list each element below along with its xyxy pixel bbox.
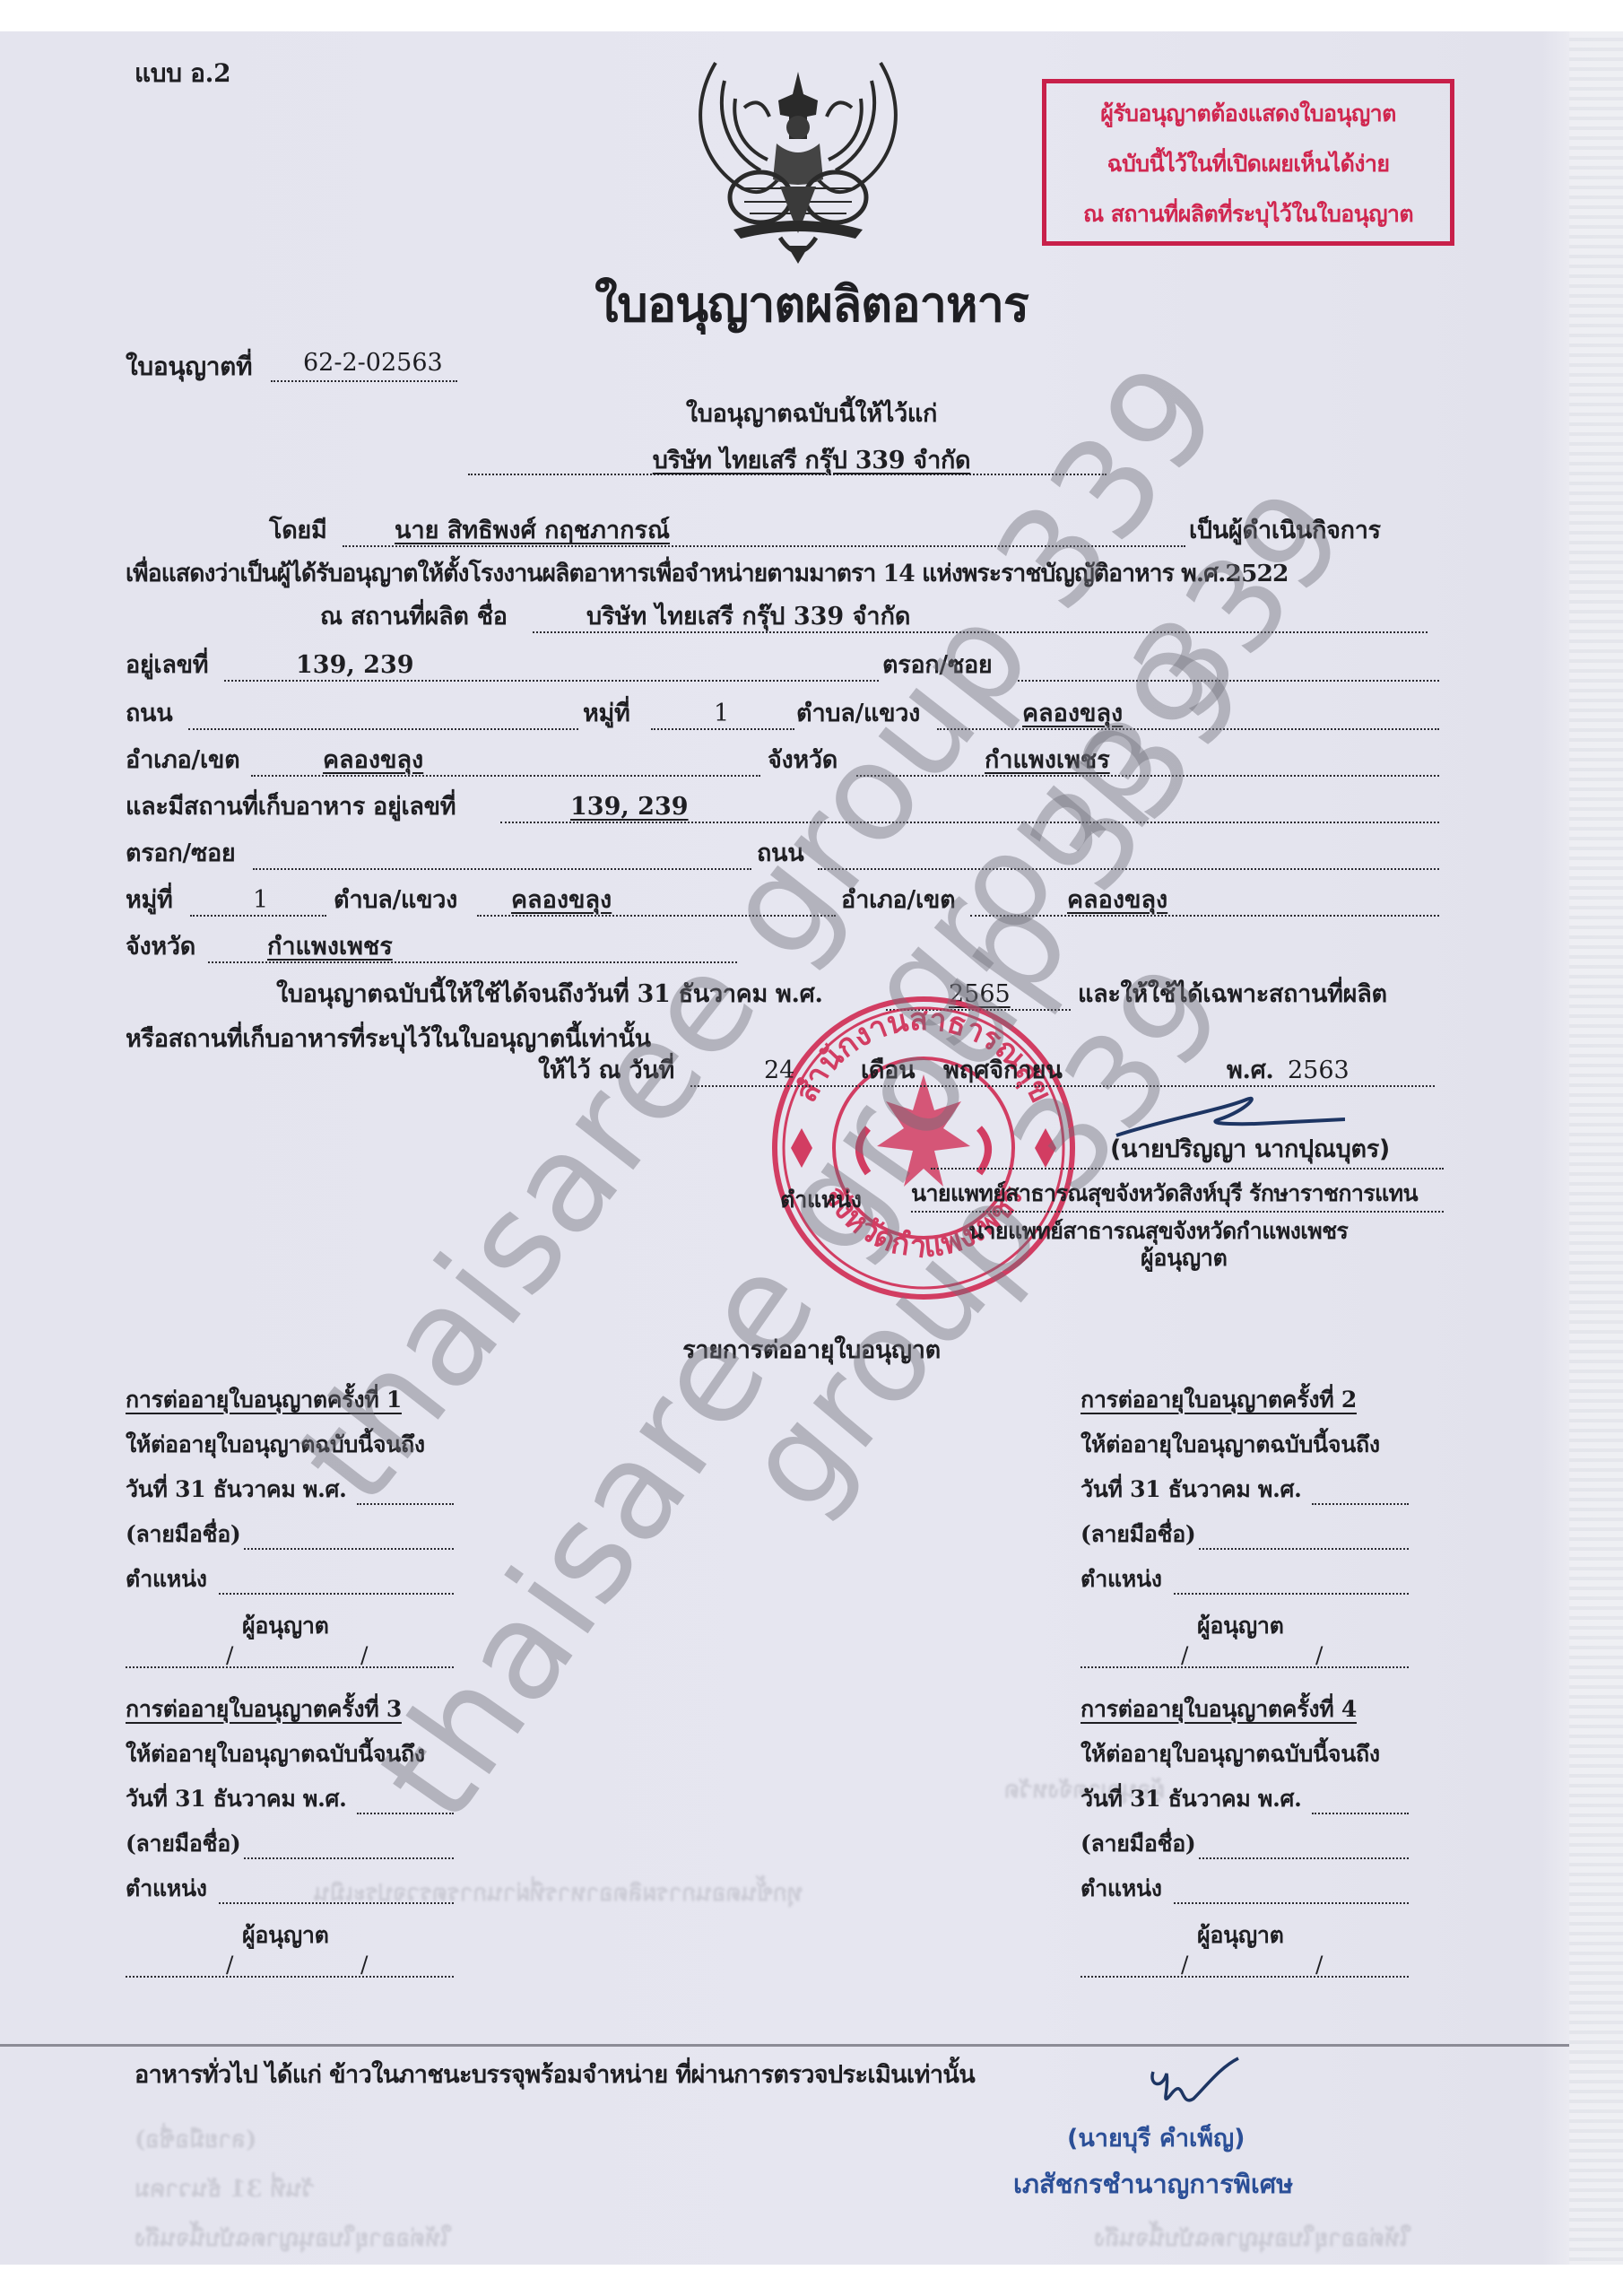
notice-line: ผู้รับอนุญาตต้องแสดงใบอนุญาต	[1046, 89, 1450, 139]
renewal-date-slash: /	[1315, 1644, 1323, 1666]
renewal-year-line	[1312, 1503, 1409, 1505]
issue-year-label: พ.ศ.	[1227, 1058, 1274, 1083]
license-number: 62-2-02563	[303, 351, 443, 375]
operator-name: นาย สิทธิพงศ์ กฤชภากรณ์	[395, 518, 670, 543]
renewal-date-slash: /	[360, 1953, 368, 1976]
renewal-position-line	[219, 1902, 454, 1904]
storage-subdistrict: คลองขลุง	[511, 888, 612, 912]
form-code: แบบ อ.2	[135, 61, 230, 86]
operator-label: โดยมี	[269, 518, 326, 543]
road-label: ถนน	[126, 701, 172, 726]
renewal-date-line	[126, 1976, 454, 1978]
renewal-date-slash: /	[360, 1644, 368, 1666]
site-label: ณ สถานที่ผลิต ชื่อ	[320, 604, 508, 629]
storage-province: กำแพงเพชร	[267, 935, 393, 959]
storage-label: และมีสถานที่เก็บอาหาร อยู่เลขที่	[126, 795, 456, 819]
issued-to-label: ใบอนุญาตฉบับนี้ให้ไว้แก่	[0, 402, 1623, 426]
renewal-date-label: วันที่ 31 ธันวาคม พ.ศ.	[126, 1787, 347, 1810]
storage-province-label: จังหวัด	[126, 935, 195, 959]
footer-separator	[0, 2044, 1569, 2047]
renewal-sign-line	[244, 1857, 454, 1859]
garuda-emblem-icon	[680, 54, 916, 265]
renewal-title: การต่ออายุใบอนุญาตครั้งที่ 2	[1081, 1388, 1357, 1411]
company-name: บริษัท ไทยเสรี กรุ๊ป 339 จำกัด	[0, 448, 1623, 473]
renewal-sign-label: (ลายมือชื่อ)	[1081, 1523, 1195, 1545]
storage-moo-label: หมู่ที่	[126, 888, 173, 912]
renewal-extend-text: ให้ต่ออายุใบอนุญาตฉบับนี้จนถึง	[1081, 1433, 1380, 1456]
renewal-sign-label: (ลายมือชื่อ)	[1081, 1832, 1195, 1855]
moo-label: หมู่ที่	[583, 701, 630, 726]
storage-alley-label: ตรอก/ซอย	[126, 841, 235, 865]
renewal-extend-text: ให้ต่ออายุใบอนุญาตฉบับนี้จนถึง	[1081, 1743, 1380, 1765]
district-label: อำเภอ/เขต	[126, 748, 239, 772]
bleed-through-text: ทุกขั้นตอนการผลิตอาหารที่ผ่านการตรวจประเ…	[314, 1874, 803, 1911]
storage-subdistrict-label: ตำบล/แขวง	[334, 888, 457, 912]
renewal-date-slash: /	[1181, 1644, 1188, 1666]
renewal-role: ผู้อนุญาต	[242, 1614, 329, 1637]
renewal-sign-line	[244, 1548, 454, 1550]
license-number-line	[271, 380, 457, 382]
house-no-label: อยู่เลขที่	[126, 653, 208, 677]
site-name: บริษัท ไทยเสรี กรุ๊ป 339 จำกัด	[586, 604, 910, 629]
house-no: 139, 239	[296, 653, 414, 677]
issue-day: 24	[764, 1058, 794, 1083]
bleed-through-text: (ลายมือชื่อ)	[135, 2121, 256, 2158]
bleed-through-text: ให้ต่ออายุใบอนุญาตฉบับนี้จนถึง	[135, 2220, 452, 2257]
bleed-through-text: วันที่ 31 ธันวาคม	[135, 2170, 315, 2207]
renewal-sign-line	[1199, 1857, 1409, 1859]
renewal-date-label: วันที่ 31 ธันวาคม พ.ศ.	[1081, 1787, 1302, 1810]
district-line	[251, 775, 760, 777]
certifier-signature-icon	[1144, 2054, 1243, 2121]
storage-moo-line	[190, 915, 326, 917]
renewal-year-line	[1312, 1813, 1409, 1814]
renewal-position-line	[1174, 1593, 1409, 1595]
certifier-title: เภสัชกรชำนาญการพิเศษ	[1013, 2163, 1293, 2205]
renewal-date-line	[126, 1666, 454, 1668]
house-no-line	[224, 680, 879, 682]
renewal-date-label: วันที่ 31 ธันวาคม พ.ศ.	[126, 1478, 347, 1500]
renewal-position-label: ตำแหน่ง	[126, 1568, 207, 1590]
renewal-role: ผู้อนุญาต	[1197, 1924, 1284, 1946]
renewal-date-line	[1081, 1976, 1409, 1978]
renewal-date-slash: /	[1181, 1953, 1188, 1976]
renewal-date-label: วันที่ 31 ธันวาคม พ.ศ.	[1081, 1478, 1302, 1500]
certifier-name: (นายบุรี คำเพ็ญ)	[1067, 2118, 1245, 2157]
issue-year: 2563	[1288, 1058, 1350, 1083]
renewal-role: ผู้อนุญาต	[242, 1924, 329, 1946]
renewal-position-label: ตำแหน่ง	[1081, 1568, 1162, 1590]
scan-edge	[1569, 31, 1623, 2265]
renewal-date-slash: /	[226, 1644, 233, 1666]
signatory-role: ผู้อนุญาต	[1141, 1247, 1228, 1269]
footer-note: อาหารทั่วไป ได้แก่ ข้าวในภาชนะบรรจุพร้อม…	[135, 2063, 975, 2087]
renewal-sign-line	[1199, 1548, 1409, 1550]
moo: 1	[714, 701, 729, 726]
renewal-position-line	[1174, 1902, 1409, 1904]
renewal-title: การต่ออายุใบอนุญาตครั้งที่ 3	[126, 1698, 402, 1720]
display-notice-box: ผู้รับอนุญาตต้องแสดงใบอนุญาต ฉบับนี้ไว้ใ…	[1042, 79, 1454, 246]
renewal-title: การต่ออายุใบอนุญาตครั้งที่ 4	[1081, 1698, 1357, 1720]
notice-line: ฉบับนี้ไว้ในที่เปิดเผยเห็นได้ง่าย	[1046, 139, 1450, 189]
bleed-through-text: ให้ต่ออายุใบอนุญาตฉบับนี้จนถึง	[1094, 2220, 1411, 2257]
license-number-label: ใบอนุญาตที่	[126, 354, 252, 379]
renewal-date-line	[1081, 1666, 1409, 1668]
moo-line	[651, 728, 794, 730]
district: คลองขลุง	[323, 748, 423, 772]
renewal-role: ผู้อนุญาต	[1197, 1614, 1284, 1637]
renewal-position-label: ตำแหน่ง	[1081, 1877, 1162, 1900]
storage-moo: 1	[253, 888, 268, 912]
storage-house-no: 139, 239	[570, 795, 689, 819]
renewal-date-slash: /	[226, 1953, 233, 1976]
storage-alley-line	[253, 868, 751, 870]
renewal-position-label: ตำแหน่ง	[126, 1877, 207, 1900]
renewal-sign-label: (ลายมือชื่อ)	[126, 1523, 240, 1545]
renewal-date-slash: /	[1315, 1953, 1323, 1976]
document-title: ใบอนุญาตผลิตอาหาร	[0, 265, 1623, 343]
renewal-position-line	[219, 1593, 454, 1595]
road-line	[188, 728, 578, 730]
notice-line: ณ สถานที่ผลิตที่ระบุไว้ในใบอนุญาต	[1046, 189, 1450, 239]
renewal-sign-label: (ลายมือชื่อ)	[126, 1832, 240, 1855]
